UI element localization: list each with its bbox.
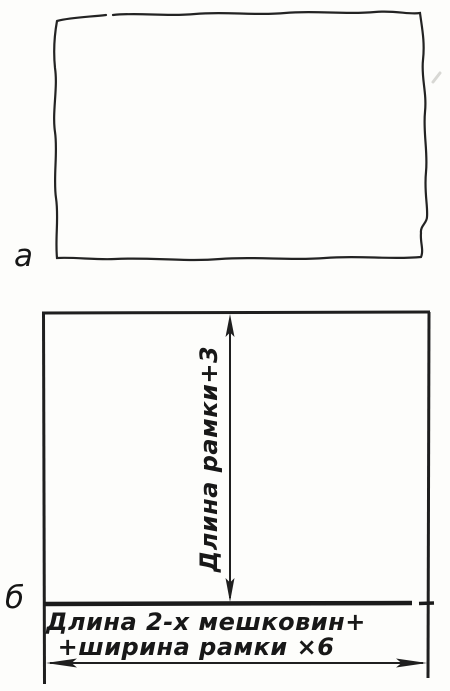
horizontal-dimension-label-line1: Длина 2-х мешковин+ (6, 608, 406, 636)
part-a-label: а (14, 238, 33, 274)
technical-drawing (0, 0, 450, 691)
fold-line (43, 603, 412, 604)
figure-canvas: а б Длина рамки+3 Длина 2-х мешковин+ +ш… (0, 0, 450, 691)
fold-line-right-dash (419, 603, 434, 604)
paper-smudge (433, 73, 440, 82)
horizontal-dimension-label-line2: +ширина рамки ×6 (0, 633, 396, 661)
fabric-piece-outline (54, 12, 427, 260)
frame-right-border-line (428, 312, 429, 678)
frame-top-border-line (42, 312, 430, 313)
vertical-dimension-label: Длина рамки+3 (193, 309, 225, 609)
